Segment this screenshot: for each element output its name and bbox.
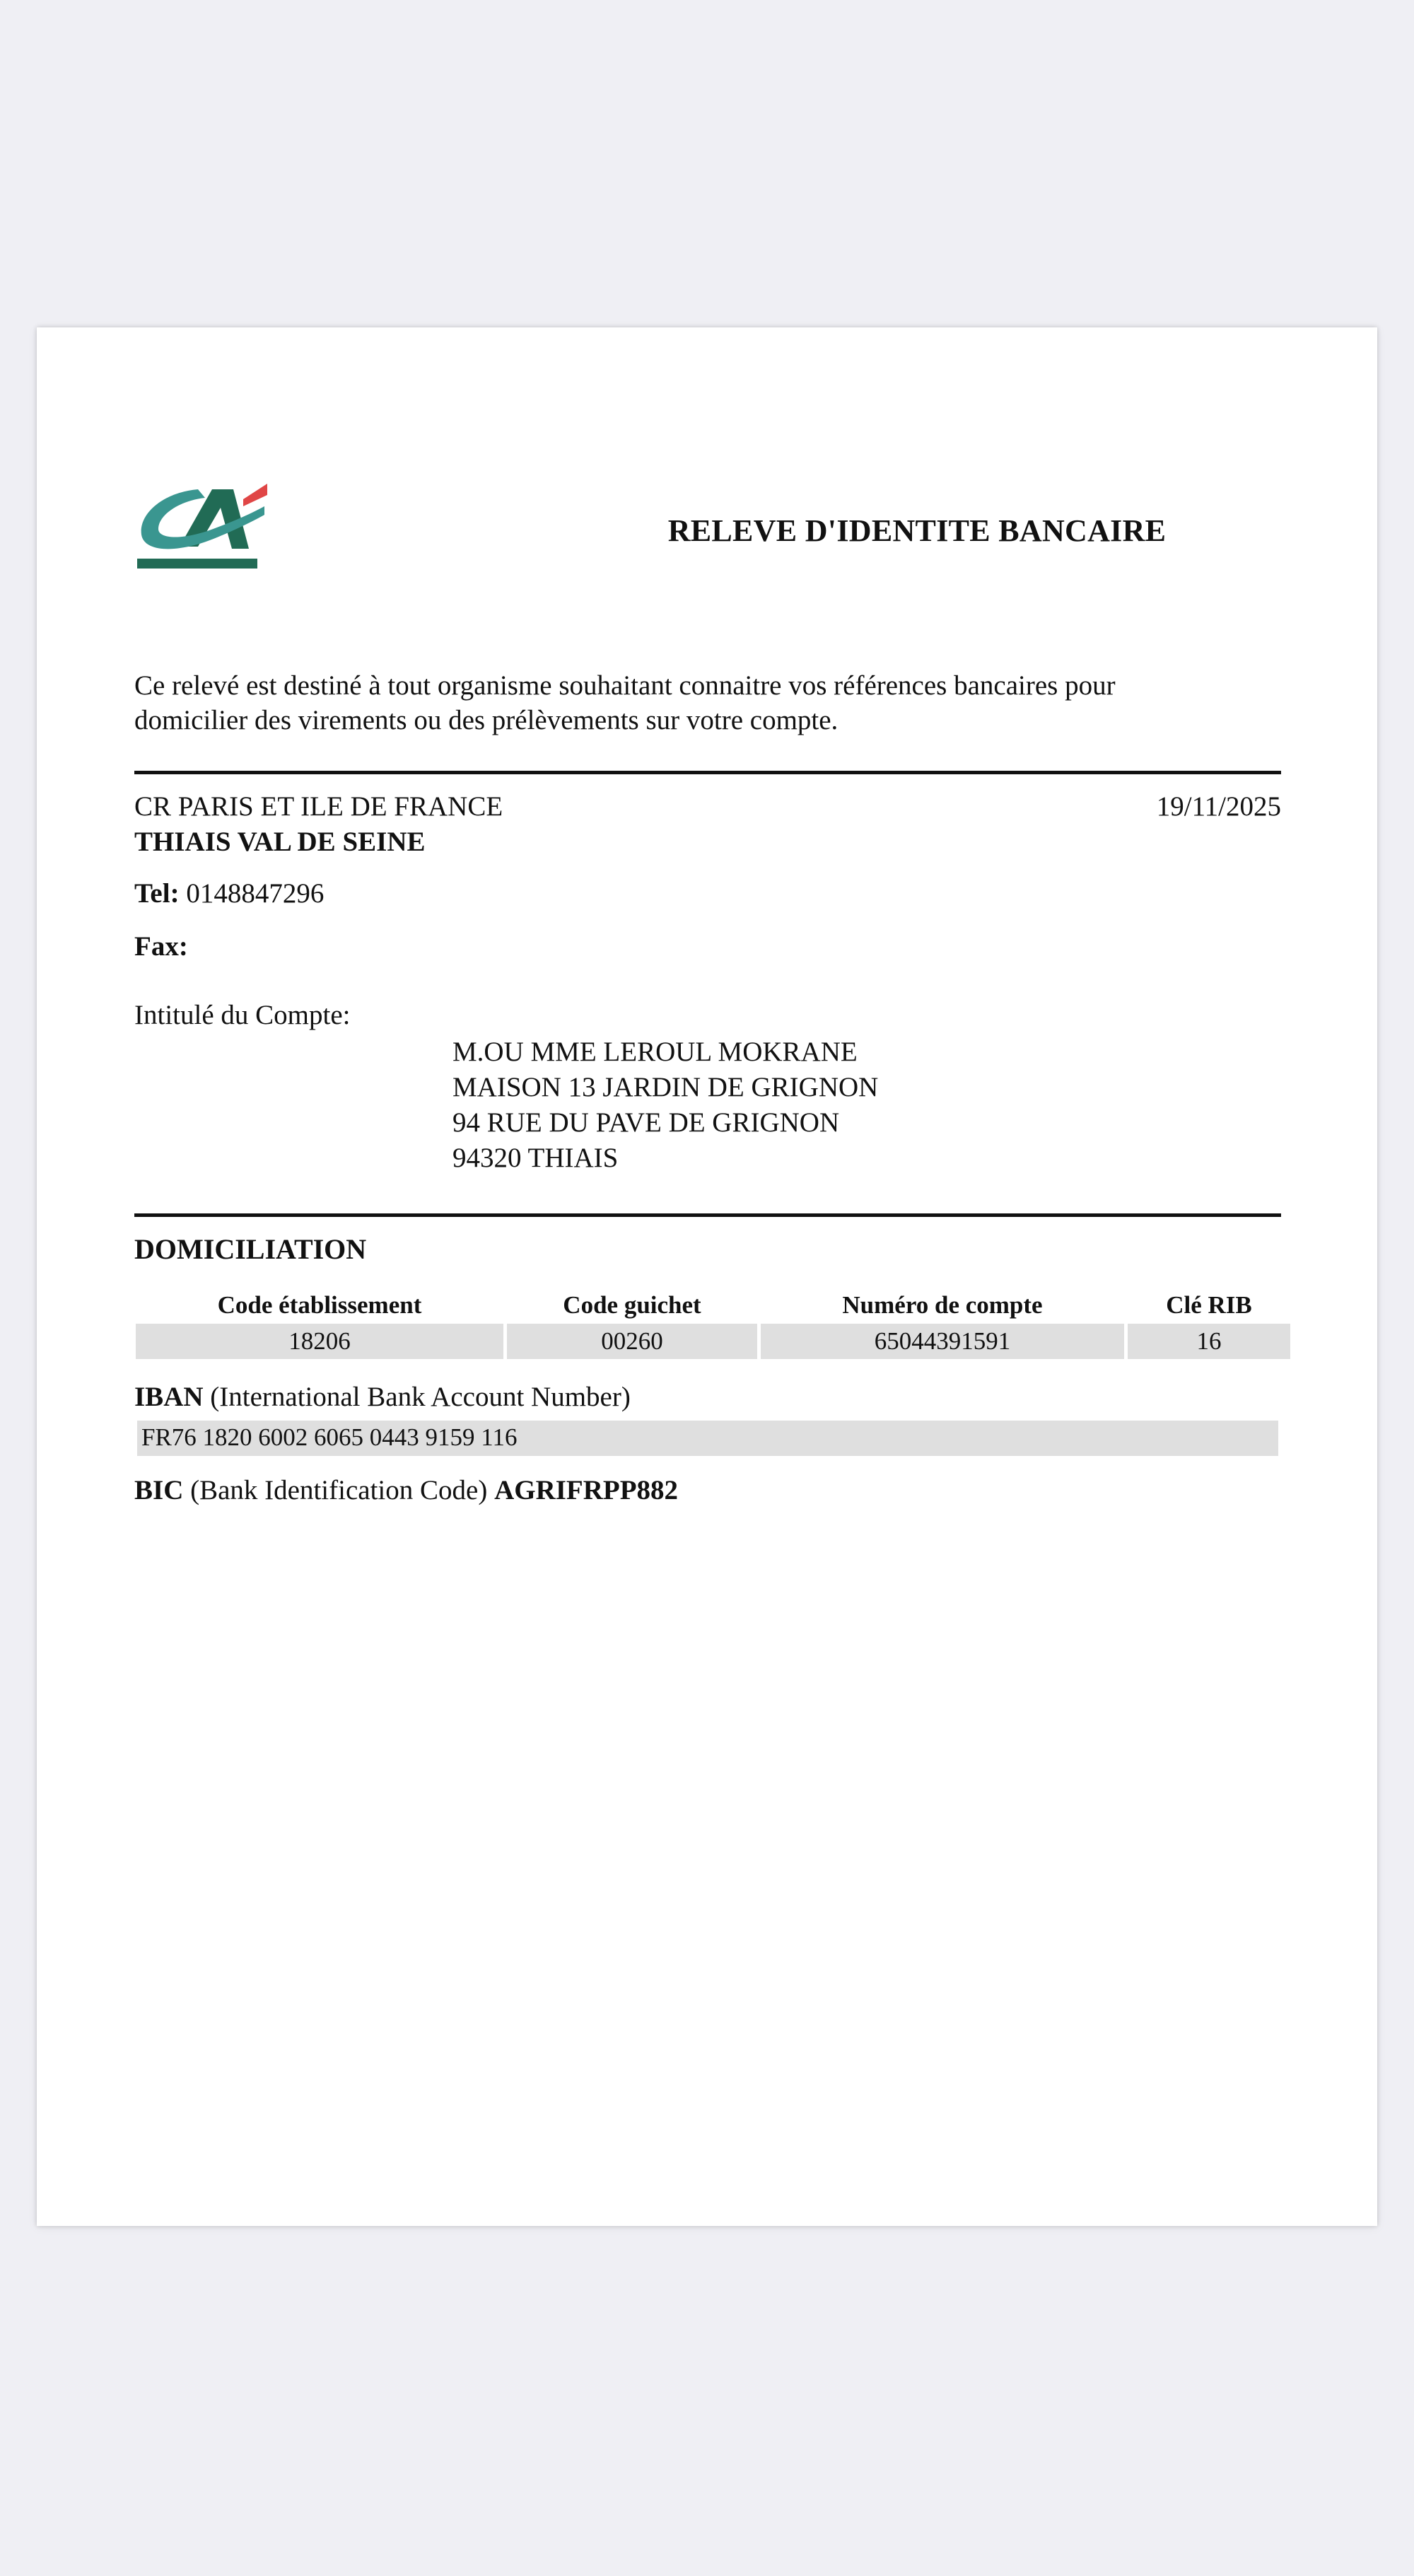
fax-label: Fax: bbox=[134, 931, 188, 962]
table-row: 18206 00260 65044391591 16 bbox=[136, 1324, 1290, 1359]
iban-label-desc: (International Bank Account Number) bbox=[204, 1382, 631, 1412]
account-holder-label: Intitulé du Compte: bbox=[134, 999, 350, 1031]
col-cle-rib: Clé RIB bbox=[1128, 1287, 1290, 1324]
document-date: 19/11/2025 bbox=[1157, 791, 1281, 822]
intro-line-2: domicilier des virements ou des prélèvem… bbox=[134, 703, 1116, 738]
rib-header-row: Code établissement Code guichet Numéro d… bbox=[136, 1287, 1290, 1324]
holder-name: M.OU MME LEROUL MOKRANE bbox=[452, 1035, 878, 1070]
divider bbox=[134, 1213, 1281, 1217]
code-etablissement-value: 18206 bbox=[136, 1324, 503, 1359]
numero-compte-value: 65044391591 bbox=[761, 1324, 1124, 1359]
domiciliation-heading: DOMICILIATION bbox=[134, 1232, 366, 1266]
tel-value: 0148847296 bbox=[180, 878, 325, 909]
holder-address-line-3: 94320 THIAIS bbox=[452, 1141, 878, 1176]
agency-branch: THIAIS VAL DE SEINE bbox=[134, 826, 426, 858]
code-guichet-value: 00260 bbox=[507, 1324, 757, 1359]
col-numero-compte: Numéro de compte bbox=[761, 1287, 1124, 1324]
iban-label: IBAN (International Bank Account Number) bbox=[134, 1381, 631, 1413]
rib-table: Code établissement Code guichet Numéro d… bbox=[132, 1287, 1294, 1359]
agency-name: CR PARIS ET ILE DE FRANCE bbox=[134, 791, 503, 822]
holder-address-line-2: 94 RUE DU PAVE DE GRIGNON bbox=[452, 1105, 878, 1141]
intro-text: Ce relevé est destiné à tout organisme s… bbox=[134, 668, 1116, 738]
bic-line: BIC (Bank Identification Code) AGRIFRPP8… bbox=[134, 1474, 678, 1506]
credit-agricole-logo-icon bbox=[136, 479, 270, 575]
iban-label-bold: IBAN bbox=[134, 1382, 204, 1412]
bic-label-bold: BIC bbox=[134, 1475, 183, 1505]
tel-label: Tel: bbox=[134, 878, 180, 909]
bic-value: AGRIFRPP882 bbox=[494, 1475, 678, 1505]
divider bbox=[134, 771, 1281, 774]
iban-field: FR76 1820 6002 6065 0443 9159 116 bbox=[137, 1421, 1278, 1456]
holder-address-line-1: MAISON 13 JARDIN DE GRIGNON bbox=[452, 1070, 878, 1105]
agency-phone: Tel: 0148847296 bbox=[134, 878, 324, 909]
document-title: RELEVE D'IDENTITE BANCAIRE bbox=[532, 513, 1302, 549]
intro-line-1: Ce relevé est destiné à tout organisme s… bbox=[134, 668, 1116, 703]
cle-rib-value: 16 bbox=[1128, 1324, 1290, 1359]
col-code-etablissement: Code établissement bbox=[136, 1287, 503, 1324]
document-page: RELEVE D'IDENTITE BANCAIRE Ce relevé est… bbox=[37, 327, 1377, 2226]
account-holder-address: M.OU MME LEROUL MOKRANE MAISON 13 JARDIN… bbox=[452, 1035, 878, 1176]
bic-label-desc: (Bank Identification Code) bbox=[183, 1475, 494, 1505]
iban-value: FR76 1820 6002 6065 0443 9159 116 bbox=[141, 1423, 518, 1452]
agency-fax: Fax: bbox=[134, 931, 188, 962]
col-code-guichet: Code guichet bbox=[507, 1287, 757, 1324]
